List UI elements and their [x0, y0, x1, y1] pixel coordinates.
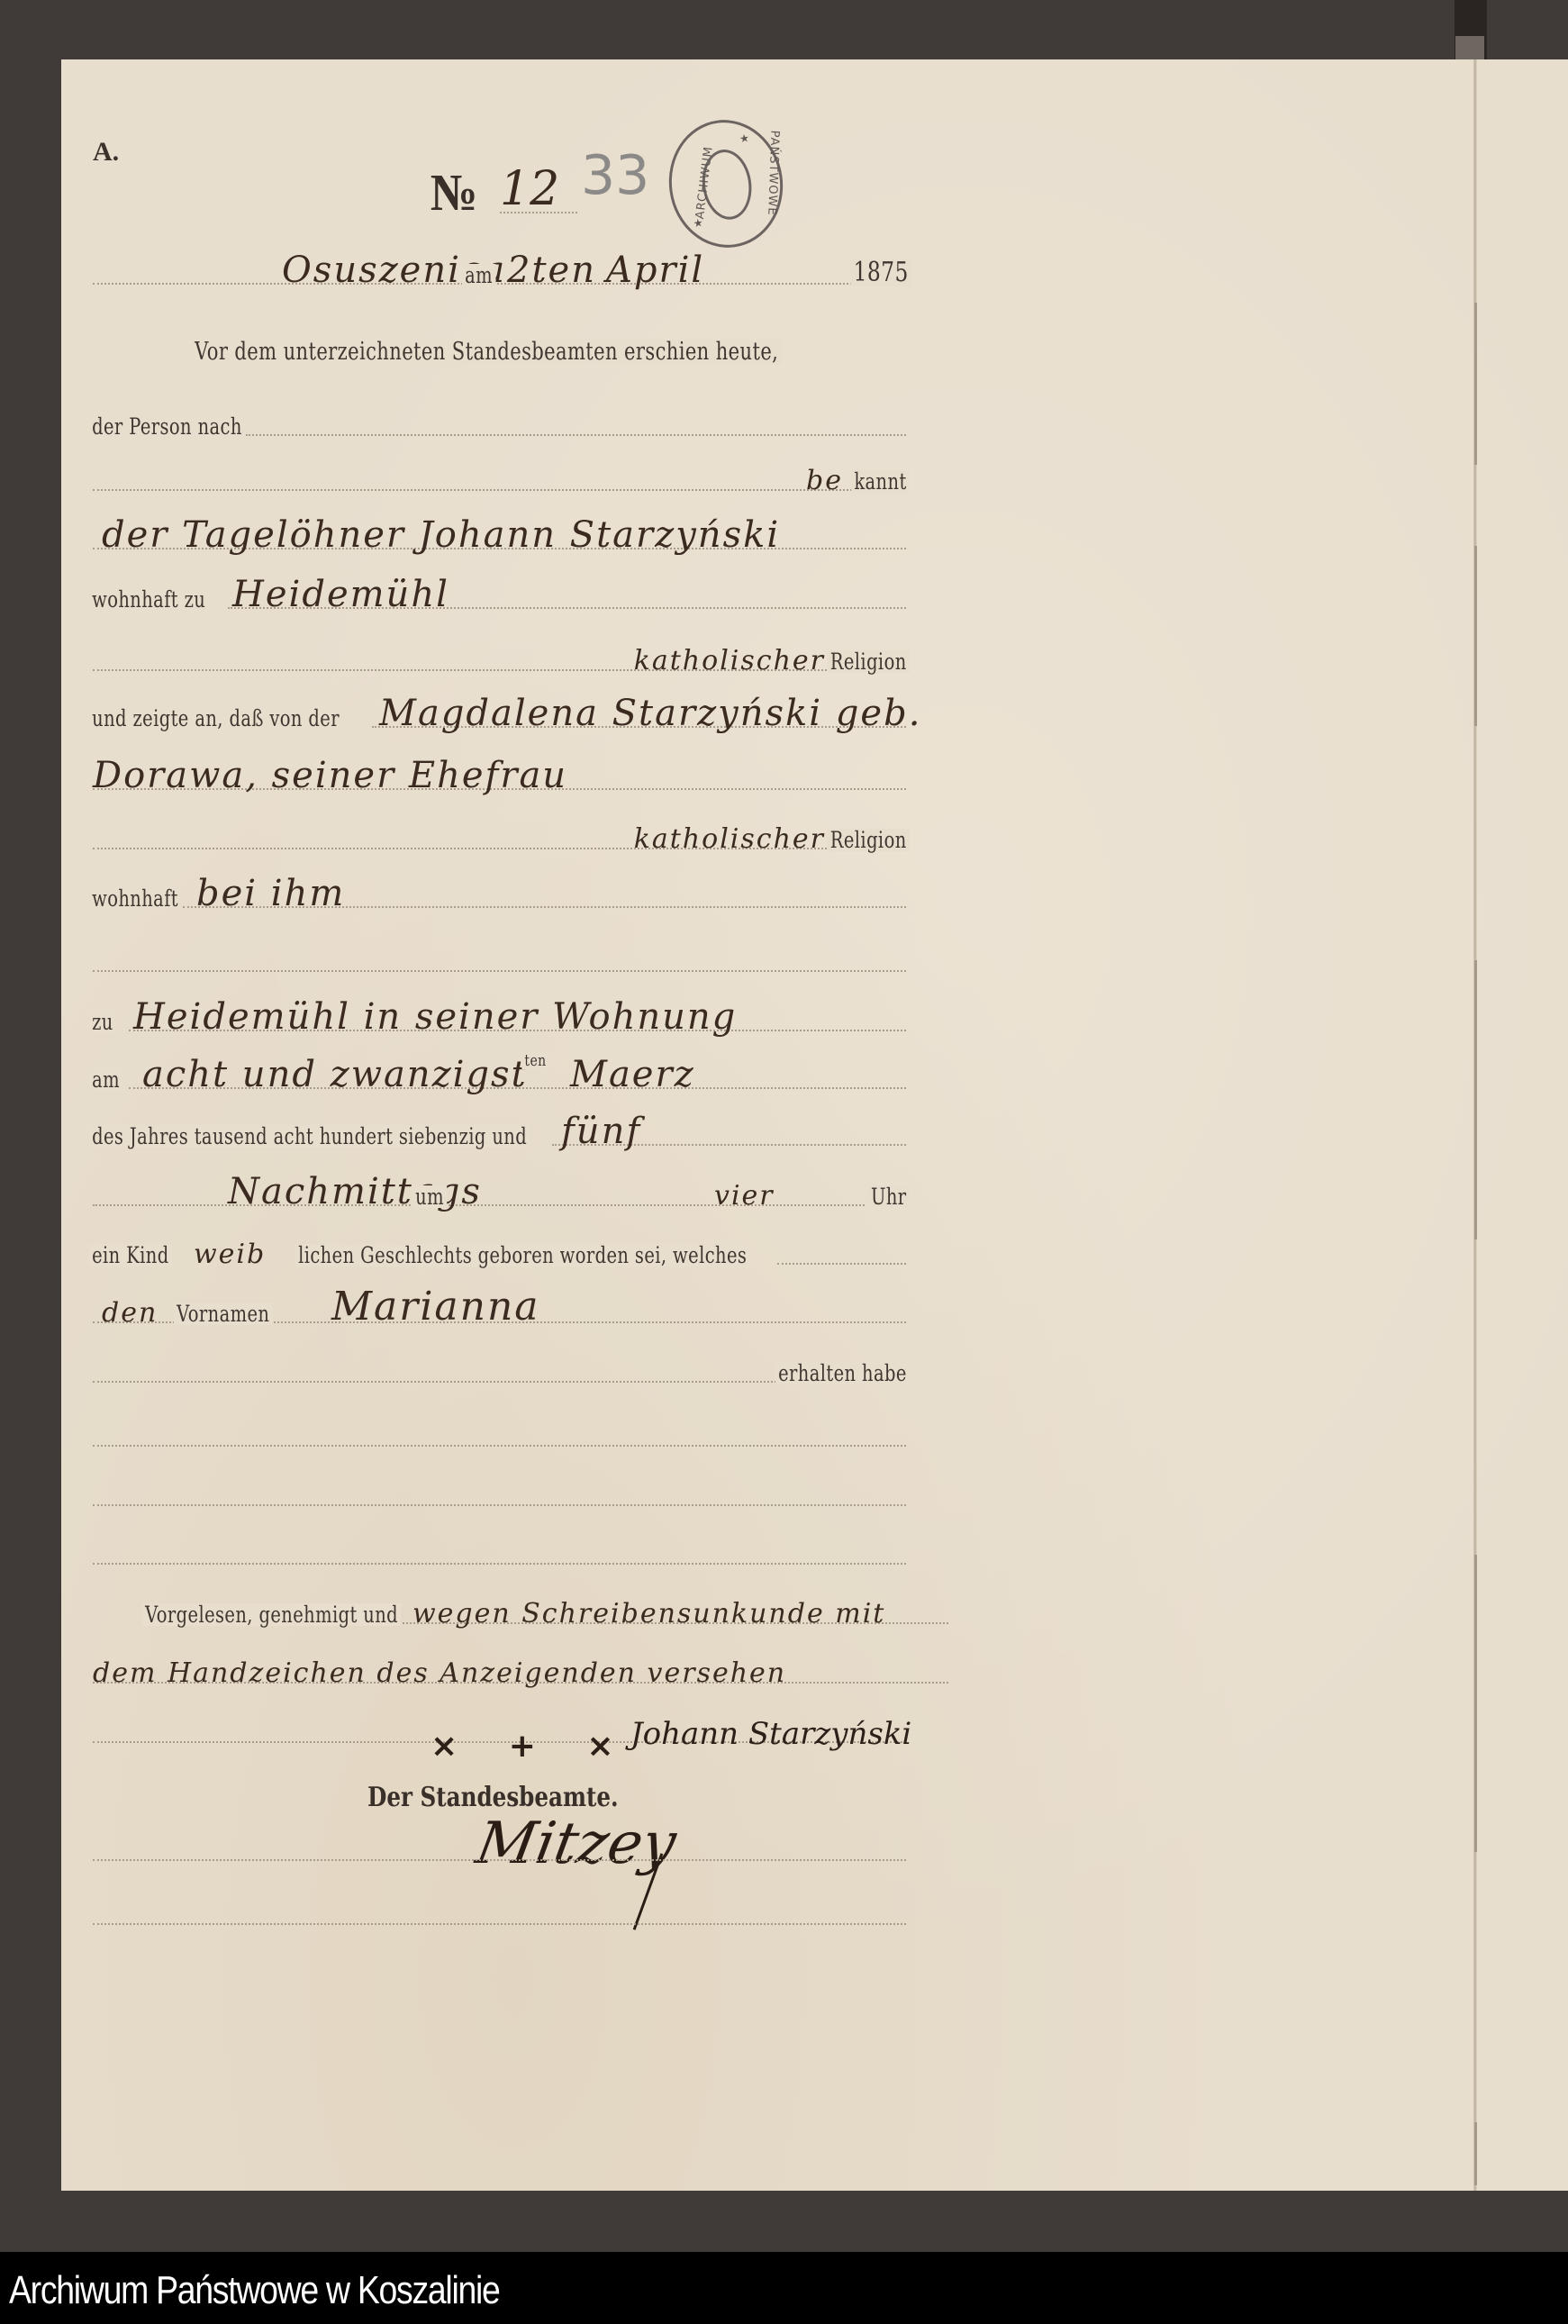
child-sex-line: ein Kind weib lichen Geschlechts geboren…	[93, 1211, 906, 1265]
informant-signature: Johann Starzyński	[630, 1716, 911, 1752]
dotted-line	[93, 1445, 906, 1447]
read-approved-line: Vorgelesen, genehmigt und wegen Schreibe…	[93, 1570, 948, 1624]
given-name-prefix: den	[102, 1300, 158, 1327]
received-label: erhalten habe	[775, 1362, 910, 1384]
birth-day-suffix: ten	[521, 1053, 548, 1069]
um-label: um	[412, 1185, 447, 1208]
given-name: Marianna	[331, 1287, 540, 1327]
child-label: ein Kind	[89, 1244, 172, 1266]
given-name-line: den Vornamen Marianna	[93, 1269, 906, 1323]
handmark-text: dem Handzeichen des Anzeigenden versehen	[93, 1660, 786, 1687]
dotted-line	[777, 1263, 906, 1265]
dotted-line	[93, 1859, 906, 1861]
given-name-label: Vornamen	[174, 1303, 272, 1325]
intro-text: Vor dem unterzeichneten Standesbeamten e…	[192, 340, 781, 364]
stamp-text-bottom: PAŃSTWOWE	[765, 130, 781, 215]
informant-name: der Tagelöhner Johann Starzyński	[102, 517, 780, 553]
star-icon: ★	[739, 132, 750, 145]
pencil-number: 33	[581, 144, 649, 207]
announce-line: und zeigte an, daß von der Magdalena Sta…	[93, 674, 906, 728]
residence-line: wohnhaft zu Heidemühl	[93, 555, 906, 609]
birth-date-line: am acht und zwanzigst ten Maerz	[93, 1035, 906, 1089]
blank-line	[93, 918, 906, 972]
binding-thread	[1455, 36, 1484, 61]
signature-line	[93, 1807, 906, 1861]
year-label: 1875	[850, 259, 911, 286]
dotted-line	[93, 970, 906, 972]
person-label: der Person nach	[89, 415, 245, 438]
child-sex: weib	[194, 1241, 266, 1268]
number-label: №	[431, 162, 477, 222]
number-dotted-line	[500, 212, 577, 213]
religion-hand: katholischer	[634, 826, 825, 853]
fold-crease	[1474, 303, 1477, 465]
star-icon: ★	[693, 216, 704, 230]
dotted-line	[246, 434, 906, 436]
handmark-line: dem Handzeichen des Anzeigenden versehen	[93, 1630, 948, 1684]
birth-year-hand: fünf	[561, 1113, 641, 1149]
archive-name: Archiwum Państwowe w Koszalinie	[9, 2268, 500, 2313]
date-line: Osuszenica am 2ten April 1875	[93, 231, 906, 285]
blank-line	[93, 1511, 906, 1565]
religion-line-1: katholischer Religion	[93, 617, 906, 671]
birth-year-line: des Jahres tausend acht hundert siebenzi…	[93, 1092, 906, 1146]
year-label: des Jahres tausend acht hundert siebenzi…	[89, 1125, 530, 1148]
read-hand: wegen Schreibensunkunde mit	[412, 1601, 885, 1628]
bekannt-hand: be	[806, 468, 843, 495]
dotted-line	[93, 1563, 906, 1565]
date-month: April	[606, 252, 704, 288]
record-number: 12	[500, 162, 559, 216]
mother-maiden-name: Dorawa, seiner Ehefrau	[93, 758, 567, 794]
mother-name: Magdalena Starzyński geb.	[379, 695, 921, 731]
bekannt-label: kannt	[851, 470, 910, 493]
fold-crease	[1474, 960, 1477, 1239]
religion-label: Religion	[828, 829, 910, 851]
dotted-line	[93, 1504, 906, 1506]
intro-line: Vor dem unterzeichneten Standesbeamten e…	[93, 308, 906, 362]
birth-day: acht und zwanzigst	[142, 1057, 528, 1093]
announce-label: und zeigte an, daß von der	[89, 707, 342, 730]
birth-time-line: Nachmittags um vier Uhr	[93, 1152, 906, 1206]
dotted-line	[93, 1923, 906, 1925]
read-label: Vorgelesen, genehmigt und	[142, 1603, 401, 1626]
blank-line	[93, 1452, 906, 1506]
dotted-line	[93, 489, 906, 491]
religion-label: Religion	[828, 650, 910, 673]
bekannt-line: be kannt	[93, 437, 906, 491]
birth-place: Heidemühl in seiner Wohnung	[133, 999, 737, 1035]
form-letter: A.	[93, 137, 119, 168]
fold-crease	[1474, 546, 1477, 726]
informant-x-marks: × + ×	[431, 1728, 634, 1765]
person-line: der Person nach	[93, 382, 906, 436]
zu-label: zu	[89, 1011, 116, 1033]
am-label: am	[89, 1068, 122, 1091]
uhr-label: Uhr	[868, 1185, 910, 1208]
residence-label: wohnhaft zu	[89, 588, 208, 611]
child-label-2: lichen Geschlechts geboren worden sei, w…	[295, 1244, 749, 1266]
mother-cont-line: Dorawa, seiner Ehefrau	[93, 736, 906, 790]
date-day: 2ten	[507, 252, 596, 288]
informant-line: der Tagelöhner Johann Starzyński	[93, 495, 906, 549]
blank-line	[93, 1871, 906, 1925]
religion-line-2: katholischer Religion	[93, 795, 906, 849]
mother-residence-line: wohnhaft bei ihm	[93, 854, 906, 908]
residence: Heidemühl	[232, 576, 449, 613]
religion-hand: katholischer	[634, 648, 825, 675]
birth-month: Maerz	[570, 1057, 695, 1093]
mother-residence-label: wohnhaft	[89, 887, 181, 910]
am-label: am	[462, 264, 495, 286]
received-line: erhalten habe	[93, 1329, 906, 1383]
mother-residence: bei ihm	[196, 876, 345, 912]
birth-place-line: zu Heidemühl in seiner Wohnung	[93, 977, 906, 1031]
fold-crease	[1474, 1555, 1477, 1852]
fold-crease	[1474, 2122, 1477, 2185]
birth-hour: vier	[714, 1183, 775, 1210]
blank-line	[93, 1393, 906, 1447]
